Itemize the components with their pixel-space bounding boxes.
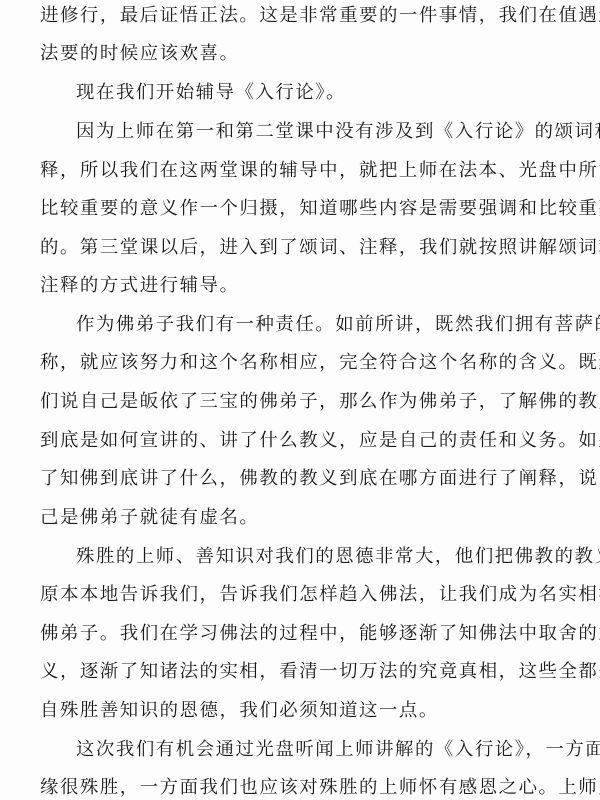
text-line: 称，就应该努力和这个名称相应，完全符合这个名称的含义。既然我 (40, 351, 565, 375)
text-line: 原本本地告诉我们，告诉我们怎样趋入佛法，让我们成为名实相符的 (40, 583, 565, 607)
text-line: 殊胜的上师、善知识对我们的恩德非常大，他们把佛教的教义原 (76, 545, 565, 569)
text-line: 的。第三堂课以后，进入到了颂词、注释，我们就按照讲解颂词和 (40, 236, 565, 260)
text-line: 进修行，最后证悟正法。这是非常重要的一件事情，我们在值遇这个 (40, 4, 565, 28)
text-line: 注释的方式进行辅导。 (40, 274, 565, 298)
text-line: 己是佛弟子就徒有虚名。 (40, 506, 565, 530)
text-line: 比较重要的意义作一个归摄，知道哪些内容是需要强调和比较重要 (40, 197, 565, 221)
text-line: 义，逐渐了知诸法的实相，看清一切万法的究竟真相，这些全都来 (40, 660, 565, 684)
text-line: 自殊胜善知识的恩德，我们必须知道这一点。 (40, 699, 565, 723)
text-line: 了知佛到底讲了什么，佛教的教义到底在哪方面进行了阐释，说自 (40, 467, 565, 491)
document-page: 进修行，最后证悟正法。这是非常重要的一件事情，我们在值遇这个 法要的时候应该欢喜… (0, 0, 600, 800)
text-line: 现在我们开始辅导《入行论》。 (76, 81, 565, 105)
text-line: 们说自己是皈依了三宝的佛弟子，那么作为佛弟子，了解佛的教义 (40, 390, 565, 414)
text-line: 法要的时候应该欢喜。 (40, 42, 565, 66)
text-line: 作为佛弟子我们有一种责任。如前所讲，既然我们拥有菩萨的名 (76, 313, 565, 337)
text-line: 佛弟子。我们在学习佛法的过程中，能够逐渐了知佛法中取舍的意 (40, 622, 565, 646)
text-line: 释，所以我们在这两堂课的辅导中，就把上师在法本、光盘中所讲的 (40, 159, 565, 183)
text-line: 缘很殊胜，一方面我们也应该对殊胜的上师怀有感恩之心。上师赐 (40, 776, 565, 800)
text-line: 这次我们有机会通过光盘听闻上师讲解的《入行论》，一方面因 (76, 738, 565, 762)
text-line: 到底是如何宣讲的、讲了什么教义，应是自己的责任和义务。如果不 (40, 429, 565, 453)
text-line: 因为上师在第一和第二堂课中没有涉及到《入行论》的颂词和注 (76, 120, 565, 144)
